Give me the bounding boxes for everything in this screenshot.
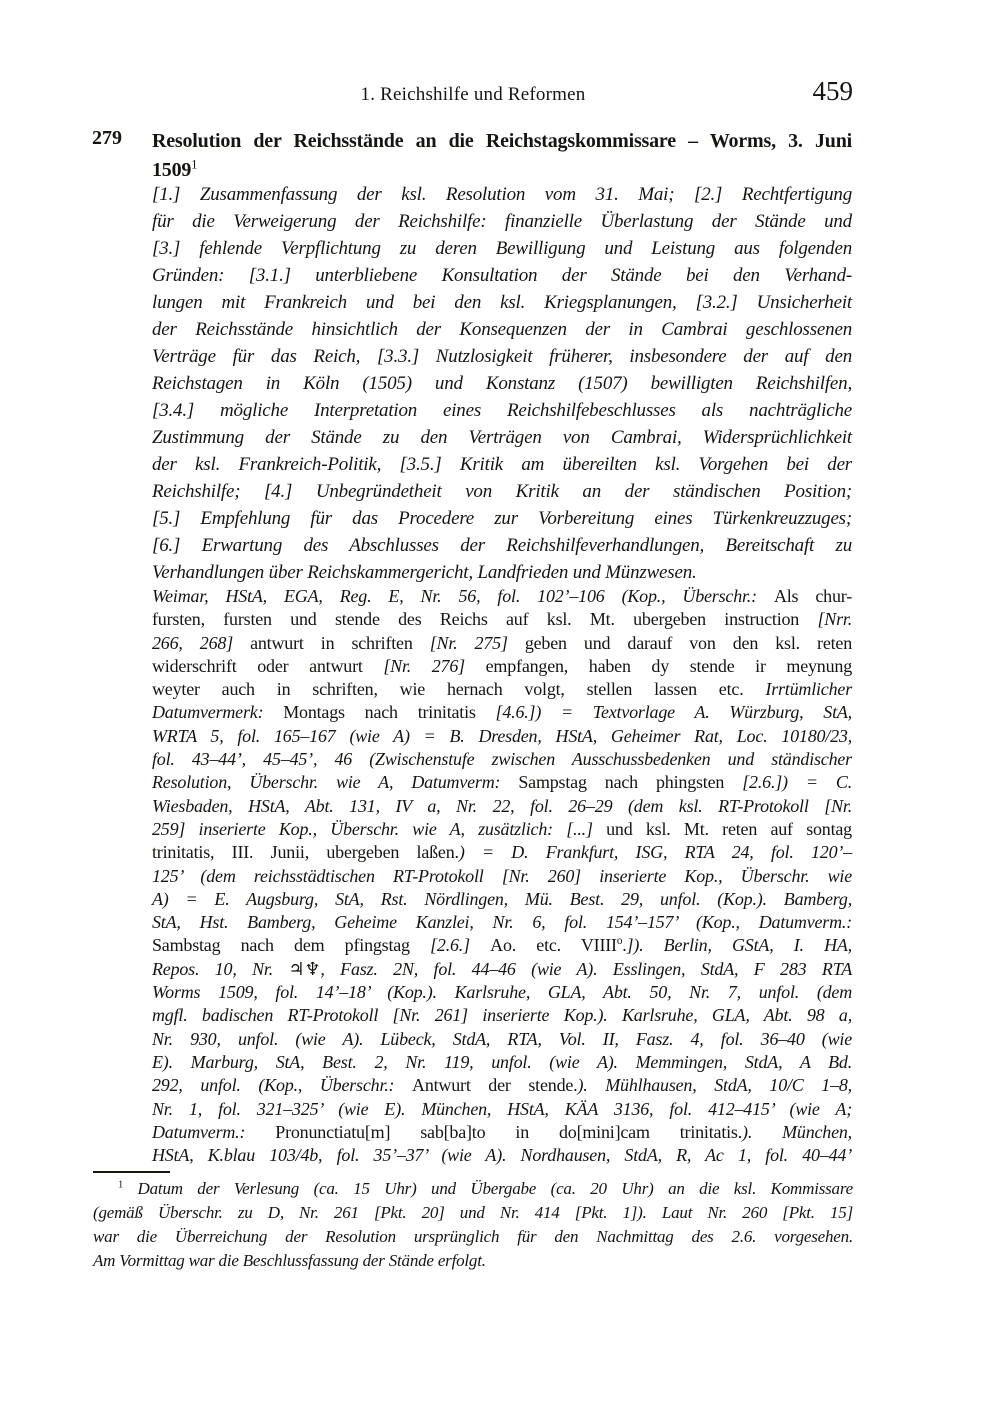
text-line: lungen mit Frankreich und bei den ksl. K… bbox=[152, 289, 852, 316]
text-line: Resolution der Reichsstände an die Reich… bbox=[152, 127, 852, 156]
text-line: [3.4.] mögliche Interpretation eines Rei… bbox=[152, 397, 852, 424]
text-segment: [1.] Zusammenfassung der ksl. Resolution… bbox=[152, 184, 852, 205]
text-segment: 266, 268] bbox=[152, 633, 250, 653]
text-segment: fol. 43–44’, 45–45’, 46 (Zwischenstufe z… bbox=[152, 749, 852, 769]
text-segment: Resolution, Überschr. wie A, Datumverm: bbox=[152, 772, 518, 792]
text-segment: Reichstagen in Köln (1505) und Konstanz … bbox=[152, 373, 852, 394]
running-head-title: 1. Reichshilfe und Reformen bbox=[93, 84, 853, 106]
text-line: E). Marburg, StA, Best. 2, Nr. 119, unfo… bbox=[152, 1051, 852, 1074]
text-segment: (gemäß Überschr. zu D, Nr. 261 [Pkt. 20]… bbox=[93, 1203, 853, 1222]
text-segment: [5.] Empfehlung für das Procedere zur Vo… bbox=[152, 508, 852, 529]
text-line: der Reichsstände hinsichtlich der Konseq… bbox=[152, 316, 852, 343]
text-segment: ]). Berlin, GStA, I. HA, bbox=[627, 935, 852, 955]
text-line: Gründen: [3.1.] unterbliebene Konsultati… bbox=[152, 262, 852, 289]
text-line: A) = E. Augsburg, StA, Rst. Nördlingen, … bbox=[152, 888, 852, 911]
text-line: 292, unfol. (Kop., Überschr.: Antwurt de… bbox=[152, 1074, 852, 1097]
text-segment: Pronunctiatu[m] sab[ba]to in do[mini]cam… bbox=[275, 1122, 742, 1142]
text-segment: [Nrr. bbox=[817, 609, 852, 629]
text-segment: Weimar, HStA, EGA, Reg. E, Nr. 56, fol. … bbox=[152, 586, 774, 606]
text-line: Datumvermerk: Montags nach trinitatis [4… bbox=[152, 701, 852, 724]
text-segment: 1509 bbox=[152, 159, 191, 181]
text-segment: Am Vormittag war die Beschlussfassung de… bbox=[93, 1251, 486, 1270]
text-segment: der Reichsstände hinsichtlich der Konseq… bbox=[152, 319, 852, 340]
text-segment: Verträge für das Reich, [3.3.] Nutzlosig… bbox=[152, 346, 852, 367]
text-line: StA, Hst. Bamberg, Geheime Kanzlei, Nr. … bbox=[152, 911, 852, 934]
text-segment: Als chur- bbox=[774, 586, 852, 606]
text-line: mgfl. badischen RT-Protokoll [Nr. 261] i… bbox=[152, 1004, 852, 1027]
text-segment: widerschrift oder antwurt bbox=[152, 656, 383, 676]
text-segment: Reichshilfe; [4.] Unbegründetheit von Kr… bbox=[152, 481, 852, 502]
text-line: für die Verweigerung der Reichshilfe: fi… bbox=[152, 208, 852, 235]
text-line: [1.] Zusammenfassung der ksl. Resolution… bbox=[152, 181, 852, 208]
text-line: Reichshilfe; [4.] Unbegründetheit von Kr… bbox=[152, 478, 852, 505]
text-segment: Verhandlungen über Reichskammergericht, … bbox=[152, 562, 697, 583]
text-segment: StA, Hst. Bamberg, Geheime Kanzlei, Nr. … bbox=[152, 912, 852, 932]
summary-paragraph: [1.] Zusammenfassung der ksl. Resolution… bbox=[152, 181, 852, 586]
text-segment: Montags nach trinitatis bbox=[283, 702, 495, 722]
text-line: Nr. 930, unfol. (wie A). Lübeck, StdA, R… bbox=[152, 1028, 852, 1051]
text-line: Datumverm.: Pronunctiatu[m] sab[ba]to in… bbox=[152, 1121, 852, 1144]
text-line: 125’ (dem reichsstädtischen RT-Protokoll… bbox=[152, 865, 852, 888]
text-line: [5.] Empfehlung für das Procedere zur Vo… bbox=[152, 505, 852, 532]
text-line: trinitatis, III. Junii, ubergeben laßen.… bbox=[152, 841, 852, 864]
text-line: Verhandlungen über Reichskammergericht, … bbox=[152, 559, 852, 586]
text-segment: lungen mit Frankreich und bei den ksl. K… bbox=[152, 292, 852, 313]
text-segment: A) = E. Augsburg, StA, Rst. Nördlingen, … bbox=[152, 889, 852, 909]
text-line: 1 Datum der Verlesung (ca. 15 Uhr) und Ü… bbox=[93, 1177, 853, 1201]
text-segment: Antwurt der stende. bbox=[412, 1075, 577, 1095]
text-line: der ksl. Frankreich-Politik, [3.5.] Krit… bbox=[152, 451, 852, 478]
entry-number: 279 bbox=[92, 127, 122, 150]
text-segment: [4.6.]) = Textvorlage A. Würzburg, StA, bbox=[496, 702, 852, 722]
text-segment: 259] inserierte Kop., Überschr. wie A, z… bbox=[152, 819, 606, 839]
text-line: fursten, fursten und stende des Reichs a… bbox=[152, 608, 852, 631]
text-segment: [Nr. 276] bbox=[383, 656, 485, 676]
text-line: war die Überreichung der Resolution ursp… bbox=[93, 1225, 853, 1249]
text-segment: HStA, K.blau 103/4b, fol. 35’–37’ (wie A… bbox=[152, 1145, 852, 1165]
text-segment: ). München, bbox=[742, 1122, 852, 1142]
text-segment: weyter auch in schriften, wie hernach vo… bbox=[152, 679, 765, 699]
text-line: Reichstagen in Köln (1505) und Konstanz … bbox=[152, 370, 852, 397]
text-segment: Irrtümlicher bbox=[765, 679, 852, 699]
text-segment: Zustimmung der Stände zu den Verträgen v… bbox=[152, 427, 852, 448]
text-line: fol. 43–44’, 45–45’, 46 (Zwischenstufe z… bbox=[152, 748, 852, 771]
footnote: 1 Datum der Verlesung (ca. 15 Uhr) und Ü… bbox=[93, 1177, 853, 1273]
text-line: Sambstag nach dem pfingstag [2.6.] Ao. e… bbox=[152, 934, 852, 957]
text-segment: [3.] fehlende Verpflichtung zu deren Bew… bbox=[152, 238, 852, 259]
text-segment: trinitatis, III. Junii, ubergeben laßen. bbox=[152, 842, 459, 862]
text-segment: antwurt in schriften bbox=[250, 633, 430, 653]
text-line: Verträge für das Reich, [3.3.] Nutzlosig… bbox=[152, 343, 852, 370]
text-segment: 125’ (dem reichsstädtischen RT-Protokoll… bbox=[152, 866, 852, 886]
text-segment: empfangen, haben dy stende ir meynung bbox=[486, 656, 852, 676]
text-segment: ). Mühlhausen, StdA, 10/C 1–8, bbox=[577, 1075, 852, 1095]
text-segment: Ao. etc. VIIII bbox=[490, 935, 617, 955]
text-segment: Resolution der Reichsstände an die Reich… bbox=[152, 130, 852, 152]
text-line: widerschrift oder antwurt [Nr. 276] empf… bbox=[152, 655, 852, 678]
text-segment: Gründen: [3.1.] unterbliebene Konsultati… bbox=[152, 265, 852, 286]
text-segment: Sambstag nach dem pfingstag bbox=[152, 935, 430, 955]
text-segment: Datumvermerk: bbox=[152, 702, 283, 722]
text-line: Nr. 1, fol. 321–325’ (wie E). München, H… bbox=[152, 1098, 852, 1121]
text-segment: war die Überreichung der Resolution ursp… bbox=[93, 1227, 853, 1246]
text-line: Am Vormittag war die Beschlussfassung de… bbox=[93, 1249, 853, 1273]
text-line: [6.] Erwartung des Abschlusses der Reich… bbox=[152, 532, 852, 559]
text-segment: E). Marburg, StA, Best. 2, Nr. 119, unfo… bbox=[152, 1052, 852, 1072]
text-segment: 1 bbox=[191, 157, 197, 171]
text-segment: geben und darauf von den ksl. reten bbox=[525, 633, 852, 653]
text-segment: Datumverm.: bbox=[152, 1122, 275, 1142]
text-line: WRTA 5, fol. 165–167 (wie A) = B. Dresde… bbox=[152, 725, 852, 748]
book-page: 1. Reichshilfe und Reformen 459 279 Reso… bbox=[0, 0, 1004, 1418]
running-head: 1. Reichshilfe und Reformen 459 bbox=[93, 76, 853, 112]
text-line: Worms 1509, fol. 14’–18’ (Kop.). Karlsru… bbox=[152, 981, 852, 1004]
text-line: weyter auch in schriften, wie hernach vo… bbox=[152, 678, 852, 701]
footnote-rule bbox=[93, 1171, 170, 1173]
page-number: 459 bbox=[813, 76, 854, 106]
text-segment: Sampstag nach phingsten bbox=[518, 772, 742, 792]
text-segment: [2.6.] bbox=[430, 935, 490, 955]
text-line: Weimar, HStA, EGA, Reg. E, Nr. 56, fol. … bbox=[152, 585, 852, 608]
text-line: (gemäß Überschr. zu D, Nr. 261 [Pkt. 20]… bbox=[93, 1201, 853, 1225]
entry-title: Resolution der Reichsstände an die Reich… bbox=[152, 127, 852, 185]
text-line: Zustimmung der Stände zu den Verträgen v… bbox=[152, 424, 852, 451]
text-segment: Worms 1509, fol. 14’–18’ (Kop.). Karlsru… bbox=[152, 982, 852, 1002]
text-segment: der ksl. Frankreich-Politik, [3.5.] Krit… bbox=[152, 454, 852, 475]
text-segment: für die Verweigerung der Reichshilfe: fi… bbox=[152, 211, 852, 232]
text-segment: Nr. 930, unfol. (wie A). Lübeck, StdA, R… bbox=[152, 1029, 852, 1049]
text-segment: Wiesbaden, HStA, Abt. 131, IV a, Nr. 22,… bbox=[152, 796, 852, 816]
text-segment: 292, unfol. (Kop., Überschr.: bbox=[152, 1075, 412, 1095]
text-segment: mgfl. badischen RT-Protokoll [Nr. 261] i… bbox=[152, 1005, 852, 1025]
text-segment: Nr. 1, fol. 321–325’ (wie E). München, H… bbox=[152, 1099, 852, 1119]
text-line: 259] inserierte Kop., Überschr. wie A, z… bbox=[152, 818, 852, 841]
text-line: Repos. 10, Nr. ♃♆, Fasz. 2N, fol. 44–46 … bbox=[152, 958, 852, 981]
text-segment: [3.4.] mögliche Interpretation eines Rei… bbox=[152, 400, 852, 421]
text-segment: [2.6.]) = C. bbox=[742, 772, 852, 792]
text-segment: und ksl. Mt. reten auf sontag bbox=[606, 819, 852, 839]
text-line: Wiesbaden, HStA, Abt. 131, IV a, Nr. 22,… bbox=[152, 795, 852, 818]
text-line: 266, 268] antwurt in schriften [Nr. 275]… bbox=[152, 632, 852, 655]
text-segment: WRTA 5, fol. 165–167 (wie A) = B. Dresde… bbox=[152, 726, 852, 746]
text-segment: [Nr. 275] bbox=[430, 633, 525, 653]
text-line: [3.] fehlende Verpflichtung zu deren Bew… bbox=[152, 235, 852, 262]
text-segment: Datum der Verlesung (ca. 15 Uhr) und Übe… bbox=[123, 1179, 853, 1198]
source-paragraph: Weimar, HStA, EGA, Reg. E, Nr. 56, fol. … bbox=[152, 585, 852, 1167]
text-line: Resolution, Überschr. wie A, Datumverm: … bbox=[152, 771, 852, 794]
text-segment: ) = D. Frankfurt, ISG, RTA 24, fol. 120’… bbox=[459, 842, 852, 862]
text-line: HStA, K.blau 103/4b, fol. 35’–37’ (wie A… bbox=[152, 1144, 852, 1167]
text-segment: Repos. 10, Nr. ♃♆, Fasz. 2N, fol. 44–46 … bbox=[152, 959, 852, 979]
text-segment: fursten, fursten und stende des Reichs a… bbox=[152, 609, 817, 629]
text-segment: [6.] Erwartung des Abschlusses der Reich… bbox=[152, 535, 852, 556]
